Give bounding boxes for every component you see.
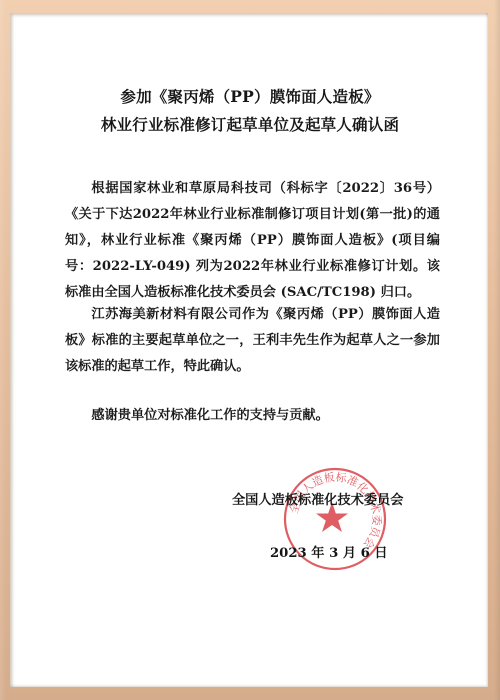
document-title-line2: 林业行业标准修订起草单位及起草人确认函 <box>0 113 500 135</box>
signature-date: 2023 年 3 月 6 日 <box>270 542 388 561</box>
paragraph-project-notice: 根据国家林业和草原局科技司（科标字〔2022〕36号）《关于下达2022年林业行… <box>65 176 440 306</box>
signature-organization: 全国人造板标准化技术委员会 <box>232 489 403 508</box>
document-title-line1: 参加《聚丙烯（PP）膜饰面人造板》 <box>0 85 500 107</box>
paragraph-thanks: 感谢贵单位对标准化工作的支持与贡献。 <box>65 403 440 429</box>
paragraph-confirmation: 江苏海美新材料有限公司作为《聚丙烯（PP）膜饰面人造板》标准的主要起草单位之一，… <box>65 302 440 380</box>
